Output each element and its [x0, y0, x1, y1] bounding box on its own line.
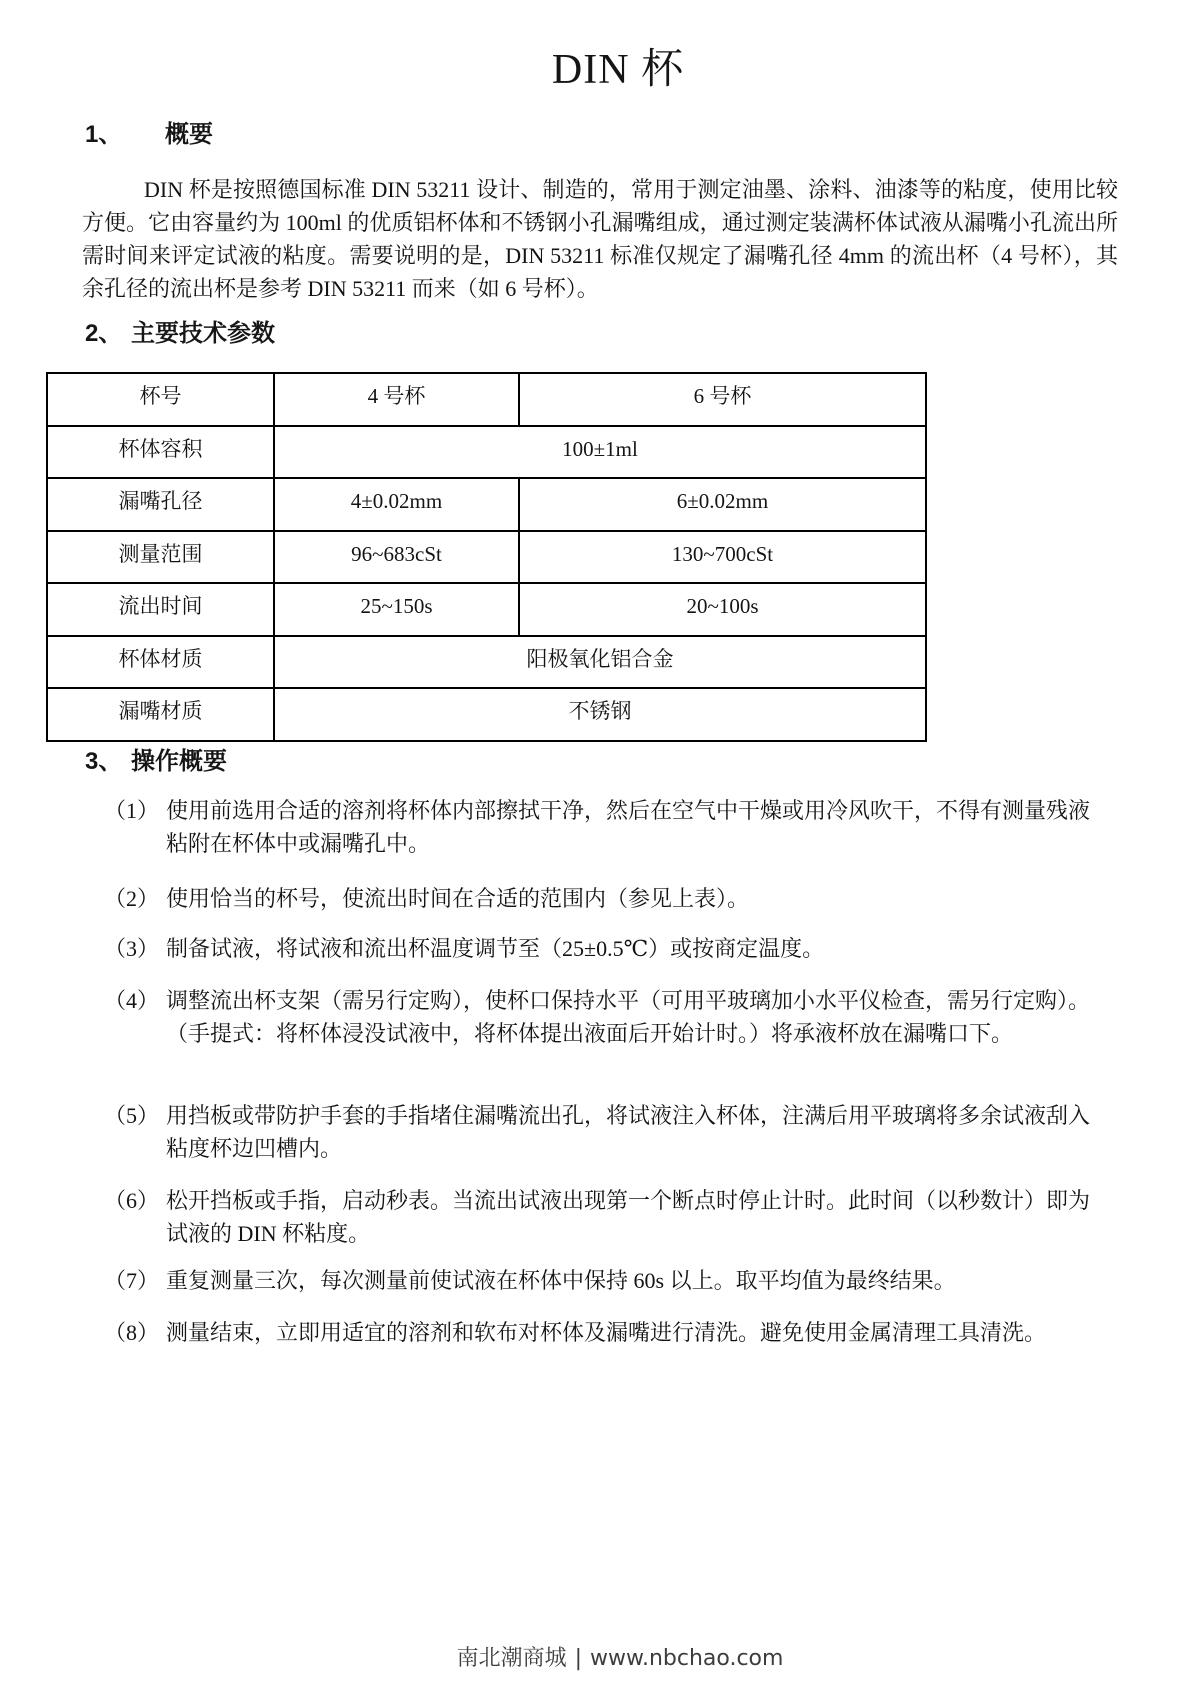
step-number: （3）: [104, 932, 166, 965]
step-number: （5）: [104, 1099, 166, 1132]
step-text: 使用恰当的杯号，使流出时间在合适的范围内（参见上表）。: [166, 882, 1104, 915]
table-cell-value: 4 号杯: [274, 373, 519, 426]
step-text: 使用前选用合适的溶剂将杯体内部擦拭干净，然后在空气中干燥或用冷风吹干，不得有测量…: [166, 794, 1104, 860]
table-cell-value: 96~683cSt: [274, 531, 519, 584]
op-step-2: （2） 使用恰当的杯号，使流出时间在合适的范围内（参见上表）。: [104, 882, 1108, 915]
page-footer: 南北潮商城|www.nbchao.com: [0, 1643, 1200, 1674]
table-cell-value: 6±0.02mm: [519, 478, 926, 531]
step-number: （2）: [104, 882, 166, 915]
table-row: 流出时间 25~150s 20~100s: [47, 583, 926, 636]
table-cell-label: 漏嘴孔径: [47, 478, 274, 531]
table-row: 漏嘴材质 不锈钢: [47, 688, 926, 741]
page-title: DIN 杯: [0, 44, 1200, 96]
table-cell-value-merged: 100±1ml: [274, 426, 926, 479]
table-cell-label: 流出时间: [47, 583, 274, 636]
section-title: 操作概要: [131, 748, 227, 775]
document-page: DIN 杯 1、概要 DIN 杯是按照德国标准 DIN 53211 设计、制造的…: [0, 0, 1200, 1697]
op-step-4: （4） 调整流出杯支架（需另行定购），使杯口保持水平（可用平玻璃加小水平仪检查，…: [104, 984, 1108, 1050]
step-text: 制备试液，将试液和流出杯温度调节至（25±0.5℃）或按商定温度。: [166, 932, 1104, 965]
table-cell-value: 130~700cSt: [519, 531, 926, 584]
table-row: 杯体容积 100±1ml: [47, 426, 926, 479]
step-number: （7）: [104, 1264, 166, 1297]
table-cell-label: 漏嘴材质: [47, 688, 274, 741]
parameters-table: 杯号 4 号杯 6 号杯 杯体容积 100±1ml 漏嘴孔径 4±0.02mm …: [46, 372, 927, 742]
step-text: 用挡板或带防护手套的手指堵住漏嘴流出孔，将试液注入杯体，注满后用平玻璃将多余试液…: [166, 1099, 1104, 1165]
table-cell-value: 4±0.02mm: [274, 478, 519, 531]
section-heading-overview: 1、概要: [85, 119, 213, 151]
table-row: 漏嘴孔径 4±0.02mm 6±0.02mm: [47, 478, 926, 531]
section-heading-operation: 3、操作概要: [85, 746, 227, 778]
step-text: 调整流出杯支架（需另行定购），使杯口保持水平（可用平玻璃加小水平仪检查，需另行定…: [166, 984, 1104, 1050]
table-cell-value: 25~150s: [274, 583, 519, 636]
table-row-header: 杯号 4 号杯 6 号杯: [47, 373, 926, 426]
op-step-7: （7） 重复测量三次，每次测量前使试液在杯体中保持 60s 以上。取平均值为最终…: [104, 1264, 1108, 1297]
step-text: 松开挡板或手指，启动秒表。当流出试液出现第一个断点时停止计时。此时间（以秒数计）…: [166, 1184, 1104, 1250]
table-row: 杯体材质 阳极氧化铝合金: [47, 636, 926, 689]
section-heading-parameters: 2、主要技术参数: [85, 318, 275, 350]
op-step-8: （8） 测量结束，立即用适宜的溶剂和软布对杯体及漏嘴进行清洗。避免使用金属清理工…: [104, 1316, 1108, 1349]
footer-url[interactable]: www.nbchao.com: [590, 1646, 783, 1671]
table-cell-value-merged: 不锈钢: [274, 688, 926, 741]
table-row: 测量范围 96~683cSt 130~700cSt: [47, 531, 926, 584]
step-text: 重复测量三次，每次测量前使试液在杯体中保持 60s 以上。取平均值为最终结果。: [166, 1264, 1104, 1297]
op-step-3: （3） 制备试液，将试液和流出杯温度调节至（25±0.5℃）或按商定温度。: [104, 932, 1108, 965]
section-title: 主要技术参数: [131, 320, 275, 347]
step-number: （6）: [104, 1184, 166, 1217]
footer-separator: |: [567, 1646, 590, 1671]
footer-site-name: 南北潮商城: [457, 1645, 567, 1670]
table-cell-label: 杯体容积: [47, 426, 274, 479]
table-cell-value: 6 号杯: [519, 373, 926, 426]
section-number: 2、: [85, 318, 131, 350]
section-title: 概要: [165, 121, 213, 148]
op-step-5: （5） 用挡板或带防护手套的手指堵住漏嘴流出孔，将试液注入杯体，注满后用平玻璃将…: [104, 1099, 1108, 1165]
section-number: 1、: [85, 119, 165, 151]
table-cell-label: 杯体材质: [47, 636, 274, 689]
table-cell-label: 测量范围: [47, 531, 274, 584]
table-cell-value-merged: 阳极氧化铝合金: [274, 636, 926, 689]
step-number: （4）: [104, 984, 166, 1017]
op-step-6: （6） 松开挡板或手指，启动秒表。当流出试液出现第一个断点时停止计时。此时间（以…: [104, 1184, 1108, 1250]
overview-paragraph: DIN 杯是按照德国标准 DIN 53211 设计、制造的，常用于测定油墨、涂料…: [82, 173, 1118, 305]
step-number: （8）: [104, 1316, 166, 1349]
step-number: （1）: [104, 794, 166, 827]
table-cell-label: 杯号: [47, 373, 274, 426]
op-step-1: （1） 使用前选用合适的溶剂将杯体内部擦拭干净，然后在空气中干燥或用冷风吹干，不…: [104, 794, 1108, 860]
step-text: 测量结束，立即用适宜的溶剂和软布对杯体及漏嘴进行清洗。避免使用金属清理工具清洗。: [166, 1316, 1104, 1349]
section-number: 3、: [85, 746, 131, 778]
table-cell-value: 20~100s: [519, 583, 926, 636]
